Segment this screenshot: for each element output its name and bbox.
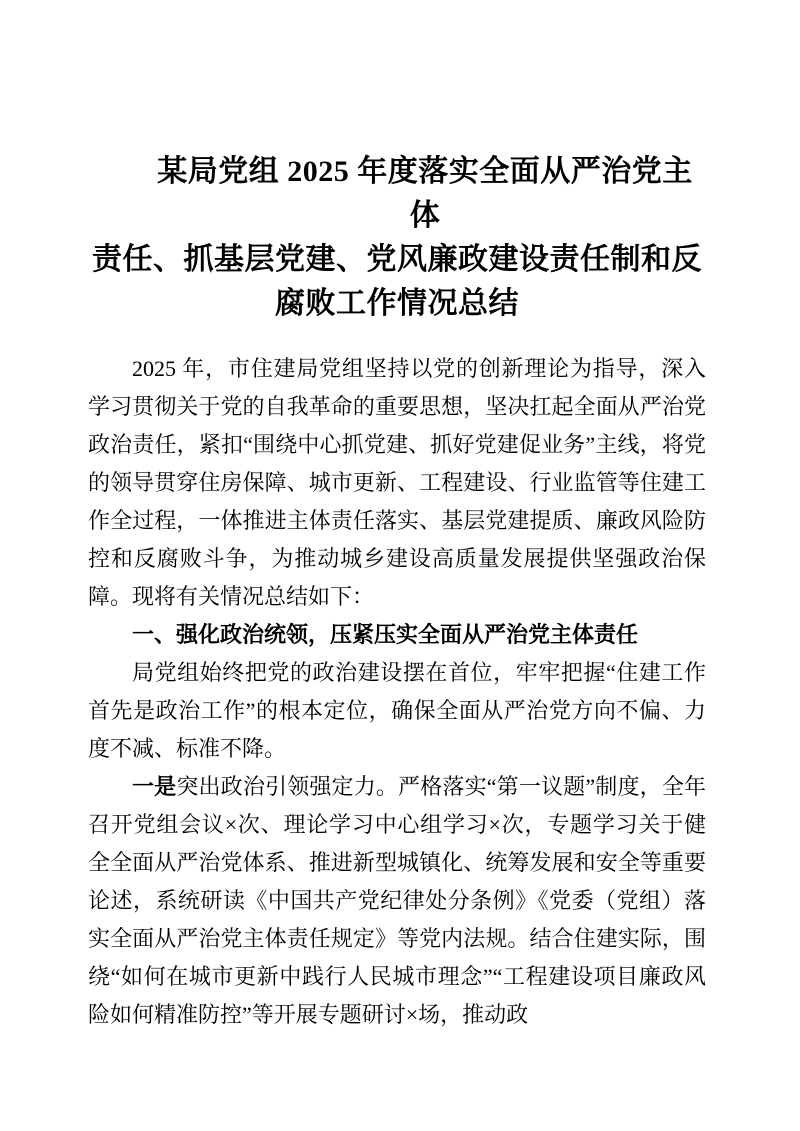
title-line-2: 责任、抓基层党建、党风廉政建设责任制和反 xyxy=(88,238,706,282)
document-content: 某局党组 2025 年度落实全面从严治党主体 责任、抓基层党建、党风廉政建设责任… xyxy=(88,150,706,1034)
document-title: 某局党组 2025 年度落实全面从严治党主体 责任、抓基层党建、党风廉政建设责任… xyxy=(88,150,706,326)
lead-paragraph-text: 突出政治引领强定力。严格落实“第一议题”制度，全年召开党组会议×次、理论学习中心… xyxy=(88,774,706,1027)
document-page: 某局党组 2025 年度落实全面从严治党主体 责任、抓基层党建、党风廉政建设责任… xyxy=(0,0,800,1131)
intro-paragraph: 2025 年，市住建局党组坚持以党的创新理论为指导，深入学习贯彻关于党的自我革命… xyxy=(88,350,706,616)
body-paragraph-lead: 一是突出政治引领强定力。严格落实“第一议题”制度，全年召开党组会议×次、理论学习… xyxy=(88,768,706,1034)
lead-in-label: 一是 xyxy=(132,774,176,799)
title-line-3: 腐败工作情况总结 xyxy=(88,282,706,326)
section-heading-1: 一、强化政治统领，压紧压实全面从严治党主体责任 xyxy=(88,616,706,654)
document-body: 2025 年，市住建局党组坚持以党的创新理论为指导，深入学习贯彻关于党的自我革命… xyxy=(88,350,706,1034)
body-paragraph: 局党组始终把党的政治建设摆在首位，牢牢把握“住建工作首先是政治工作”的根本定位，… xyxy=(88,654,706,768)
title-line-1: 某局党组 2025 年度落实全面从严治党主体 xyxy=(88,150,706,238)
